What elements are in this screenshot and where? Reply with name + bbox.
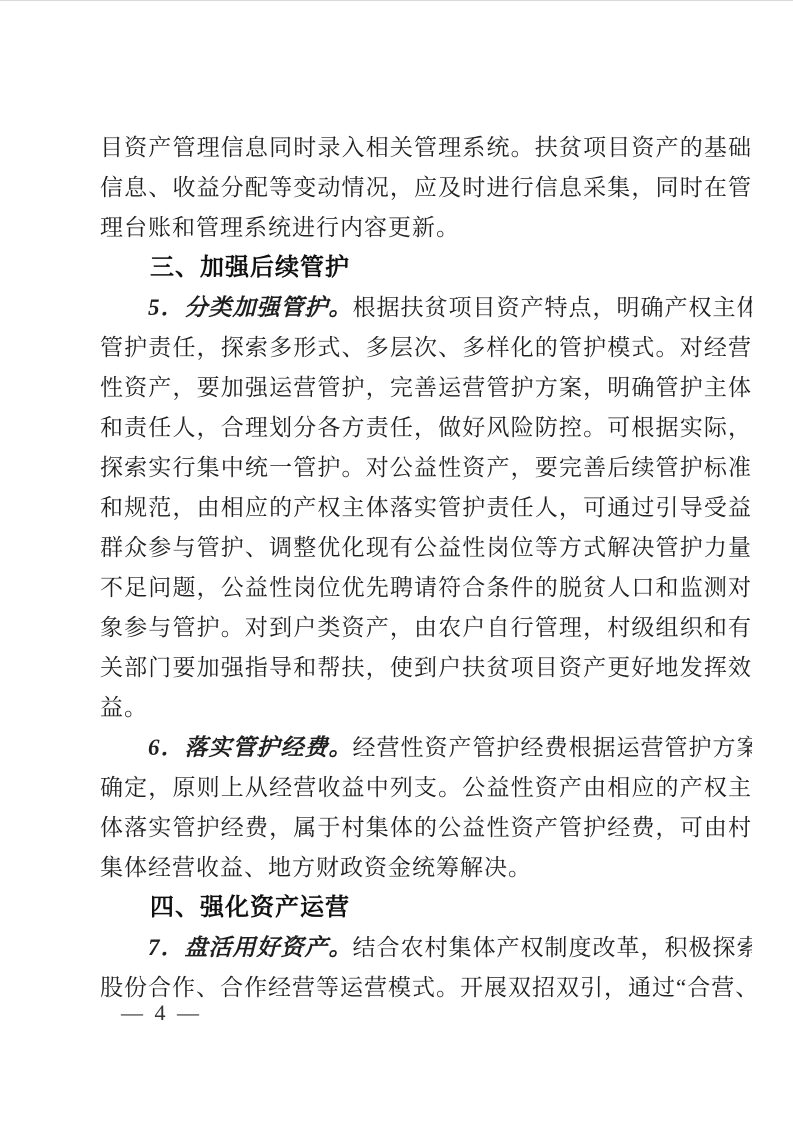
text-line: 管护责任，探索多形式、多层次、多样化的管护模式。对经营 — [100, 328, 752, 368]
text-line: 不足问题，公益性岗位优先聘请符合条件的脱贫人口和监测对 — [100, 568, 752, 608]
text-line: 理台账和管理系统进行内容更新。 — [100, 208, 752, 248]
section-heading: 四、强化资产运营 — [100, 888, 752, 928]
text-line: 确定，原则上从经营收益中列支。公益性资产由相应的产权主 — [100, 768, 752, 808]
text-line: 性资产，要加强运营管护，完善运营管护方案，明确管护主体 — [100, 368, 752, 408]
paragraph-lead: 5．分类加强管护。 — [148, 295, 353, 320]
text-line: 5．分类加强管护。根据扶贫项目资产特点，明确产权主体 — [100, 288, 752, 328]
paragraph-lead: 6．落实管护经费。 — [148, 735, 353, 760]
paragraph-lead: 7．盘活用好资产。 — [148, 935, 353, 960]
paragraph-text: 根据扶贫项目资产特点，明确产权主体 — [353, 295, 753, 320]
text-line: 和规范，由相应的产权主体落实管护责任人，可通过引导受益 — [100, 488, 752, 528]
text-line: 象参与管护。对到户类资产，由农户自行管理，村级组织和有 — [100, 608, 752, 648]
text-line: 7．盘活用好资产。结合农村集体产权制度改革，积极探索 — [100, 928, 752, 968]
text-line: 信息、收益分配等变动情况，应及时进行信息采集，同时在管 — [100, 168, 752, 208]
paragraph-text: 经营性资产管护经费根据运营管护方案 — [353, 735, 753, 760]
text-line: 关部门要加强指导和帮扶，使到户扶贫项目资产更好地发挥效 — [100, 648, 752, 688]
text-line: 6．落实管护经费。经营性资产管护经费根据运营管护方案 — [100, 728, 752, 768]
text-line: 目资产管理信息同时录入相关管理系统。扶贫项目资产的基础 — [100, 128, 752, 168]
text-line: 体落实管护经费，属于村集体的公益性资产管护经费，可由村 — [100, 808, 752, 848]
page-number: — 4 — — [121, 1000, 202, 1026]
text-line: 集体经营收益、地方财政资金统筹解决。 — [100, 848, 752, 888]
text-line: 群众参与管护、调整优化现有公益性岗位等方式解决管护力量 — [100, 528, 752, 568]
document-body: 目资产管理信息同时录入相关管理系统。扶贫项目资产的基础信息、收益分配等变动情况，… — [100, 128, 752, 1008]
section-heading: 三、加强后续管护 — [100, 248, 752, 288]
text-line: 和责任人，合理划分各方责任，做好风险防控。可根据实际， — [100, 408, 752, 448]
scan-edge-line — [0, 0, 793, 1]
paragraph-text: 结合农村集体产权制度改革，积极探索 — [353, 935, 753, 960]
text-line: 探索实行集中统一管护。对公益性资产，要完善后续管护标准 — [100, 448, 752, 488]
text-line: 益。 — [100, 688, 752, 728]
document-page: 目资产管理信息同时录入相关管理系统。扶贫项目资产的基础信息、收益分配等变动情况，… — [0, 0, 793, 1122]
